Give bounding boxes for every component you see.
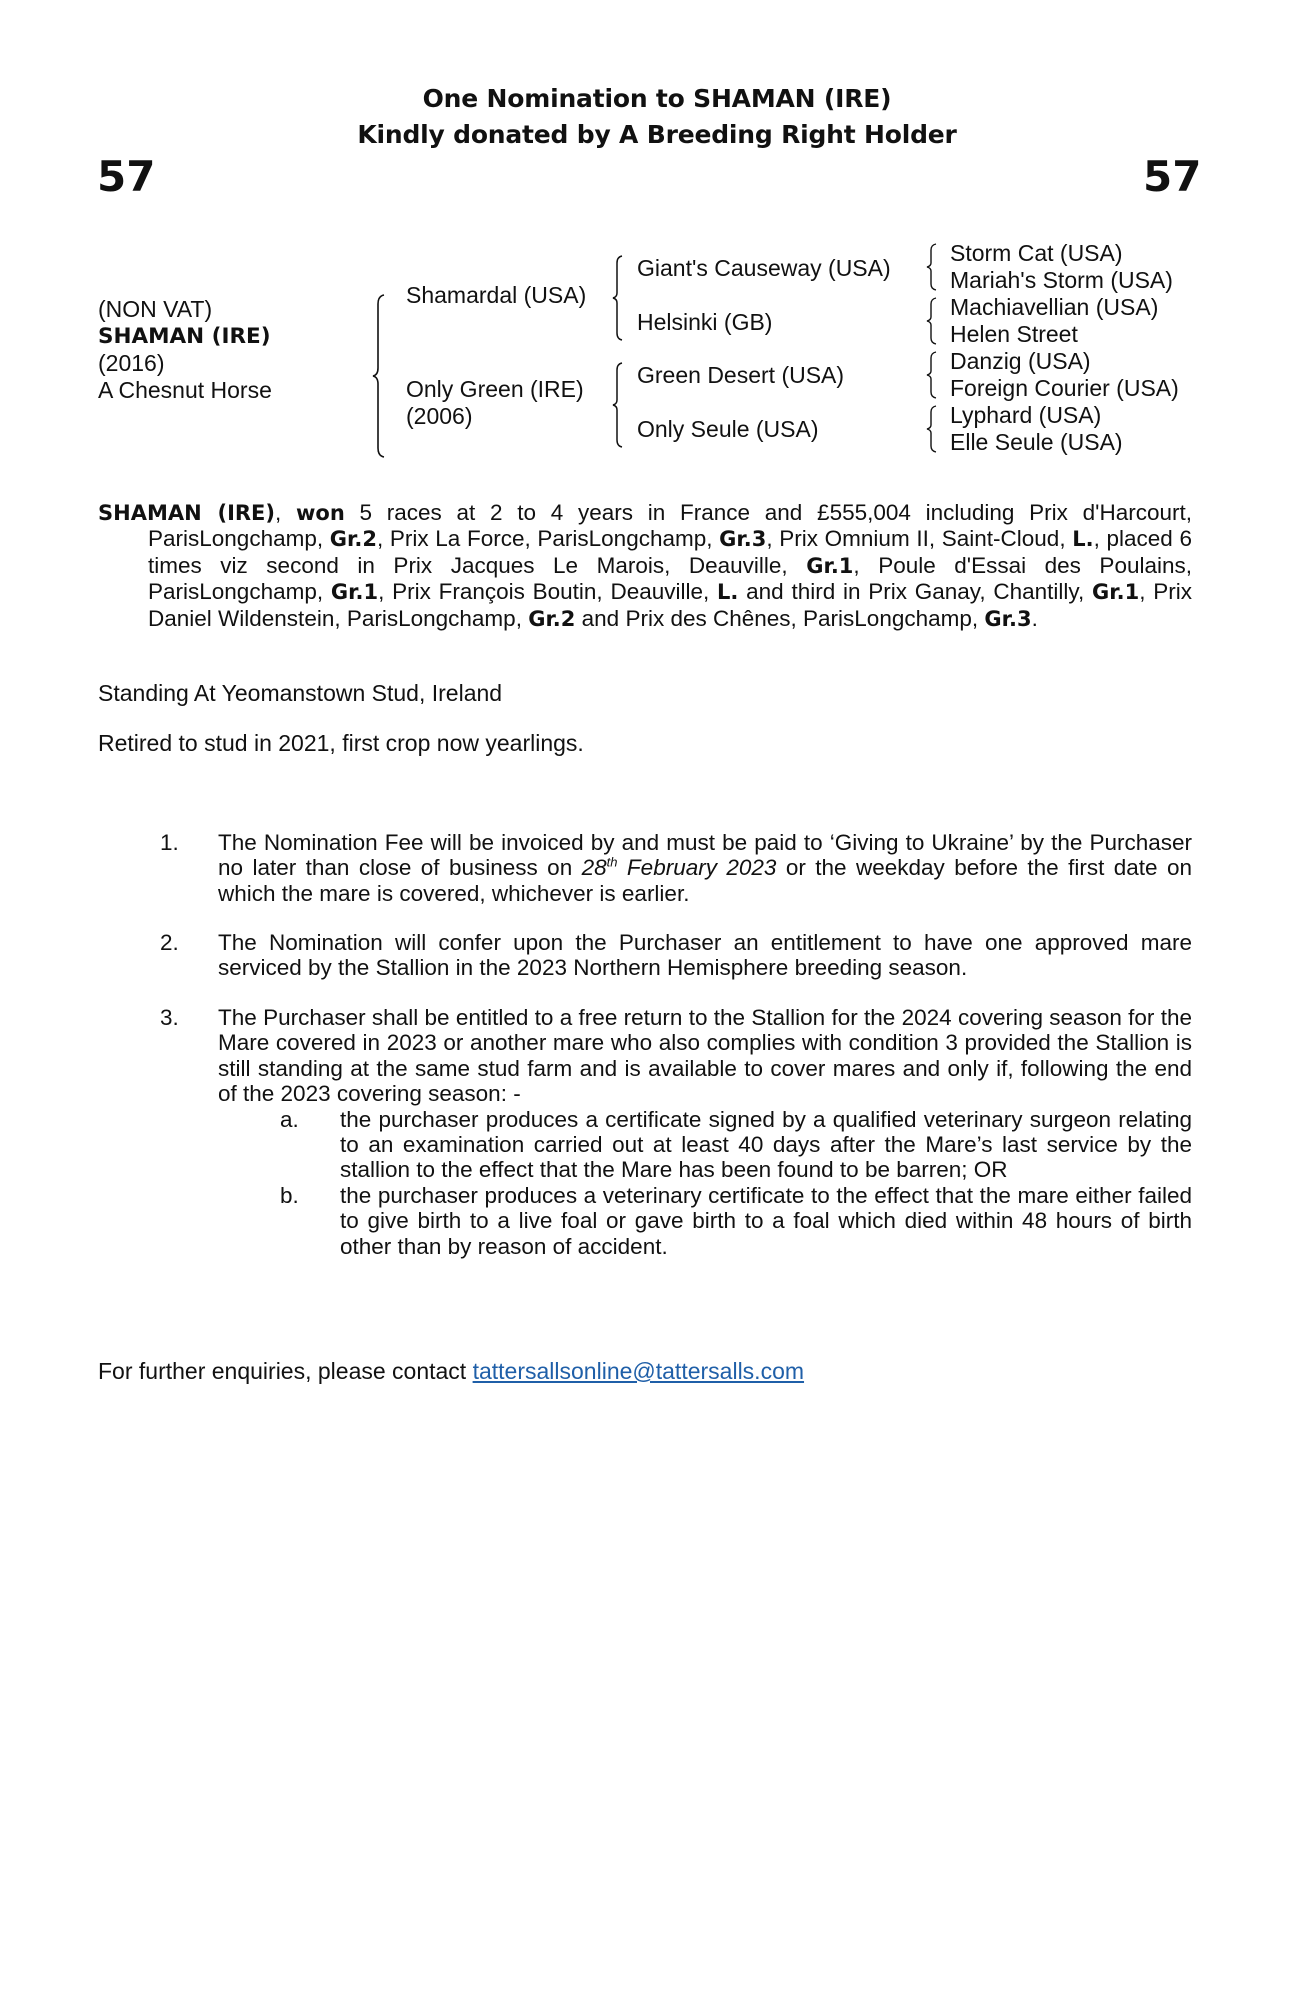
- brace-gen3-4: [926, 405, 938, 453]
- grade: Gr.2: [330, 527, 377, 551]
- contact-text: For further enquiries, please contact: [98, 1358, 473, 1384]
- date-suffix: th: [607, 855, 618, 870]
- grade: Gr.1: [1092, 580, 1139, 604]
- text: , Prix La Force, ParisLongchamp,: [377, 526, 719, 551]
- condition-number: 3.: [160, 1005, 179, 1030]
- condition-2: 2. The Nomination will confer upon the P…: [160, 930, 1192, 981]
- grade: Gr.2: [528, 607, 575, 631]
- text: , Prix Omnium II, Saint-Cloud,: [766, 526, 1072, 551]
- vat-status: (NON VAT): [98, 296, 272, 323]
- brace-gen3-1: [926, 243, 938, 291]
- title-line-1: One Nomination to SHAMAN (IRE): [0, 84, 1314, 113]
- gen3-ancestor: Elle Seule (USA): [950, 429, 1179, 456]
- gen3-ancestor: Lyphard (USA): [950, 402, 1179, 429]
- dam-name: Only Green (IRE): [406, 376, 584, 403]
- brace-sire: [612, 255, 624, 341]
- dam-dam: Only Seule (USA): [637, 416, 819, 443]
- grade: Gr.3: [984, 607, 1031, 631]
- contact-line: For further enquiries, please contact ta…: [98, 1358, 804, 1385]
- sire-sire: Giant's Causeway (USA): [637, 255, 891, 282]
- grade: Gr.1: [331, 580, 378, 604]
- brace-gen1: [372, 294, 386, 458]
- sub-letter: b.: [280, 1183, 299, 1208]
- gen3-ancestor: Danzig (USA): [950, 348, 1179, 375]
- retired-note: Retired to stud in 2021, first crop now …: [98, 730, 584, 757]
- condition-number: 1.: [160, 830, 179, 855]
- deadline-date: 28th February 2023: [582, 855, 777, 880]
- condition-text: The Purchaser shall be entitled to a fre…: [218, 1005, 1192, 1107]
- condition-3b: b. the purchaser produces a veterinary c…: [340, 1183, 1192, 1259]
- gen3-ancestor: Storm Cat (USA): [950, 240, 1179, 267]
- sub-letter: a.: [280, 1107, 299, 1132]
- gen3-ancestor: Machiavellian (USA): [950, 294, 1179, 321]
- condition-text: The Nomination Fee will be invoiced by a…: [218, 830, 1192, 906]
- condition-3: 3. The Purchaser shall be entitled to a …: [160, 1005, 1192, 1259]
- horse-info: (NON VAT) SHAMAN (IRE) (2016) A Chesnut …: [98, 296, 272, 404]
- race-record-won: won: [296, 501, 345, 525]
- race-record-horse-name: SHAMAN (IRE): [98, 501, 275, 525]
- grade: Gr.3: [719, 527, 766, 551]
- date-day: 28: [582, 855, 607, 880]
- text: ,: [275, 500, 296, 525]
- sub-text: the purchaser produces a certificate sig…: [340, 1107, 1192, 1183]
- race-record: SHAMAN (IRE), won 5 races at 2 to 4 year…: [98, 500, 1192, 632]
- lot-number-right: 57: [1143, 152, 1201, 201]
- contact-email-link[interactable]: tattersallsonline@tattersalls.com: [473, 1358, 804, 1384]
- condition-1: 1. The Nomination Fee will be invoiced b…: [160, 830, 1192, 906]
- grade: Gr.1: [806, 554, 853, 578]
- horse-year: (2016): [98, 350, 272, 377]
- text: .: [1032, 606, 1038, 631]
- condition-3a: a. the purchaser produces a certificate …: [340, 1107, 1192, 1183]
- horse-name: SHAMAN (IRE): [98, 323, 272, 350]
- brace-gen3-3: [926, 351, 938, 399]
- lot-number-left: 57: [97, 152, 155, 201]
- grade: L.: [717, 580, 738, 604]
- text: and third in Prix Ganay, Chantilly,: [738, 579, 1092, 604]
- date-rest: February 2023: [618, 855, 777, 880]
- text: , Prix François Boutin, Deauville,: [378, 579, 717, 604]
- grade: L.: [1072, 527, 1093, 551]
- text: and Prix des Chênes, ParisLongchamp,: [575, 606, 984, 631]
- condition-text: The Nomination will confer upon the Purc…: [218, 930, 1192, 981]
- gen3-ancestor: Mariah's Storm (USA): [950, 267, 1179, 294]
- sire-dam: Helsinki (GB): [637, 309, 772, 336]
- dam: Only Green (IRE) (2006): [406, 376, 584, 430]
- condition-number: 2.: [160, 930, 179, 955]
- dam-year: (2006): [406, 403, 584, 430]
- standing-at: Standing At Yeomanstown Stud, Ireland: [98, 680, 502, 707]
- dam-sire: Green Desert (USA): [637, 362, 844, 389]
- gen3-ancestor: Helen Street: [950, 321, 1179, 348]
- gen3-list: Storm Cat (USA) Mariah's Storm (USA) Mac…: [950, 240, 1179, 456]
- title-line-2: Kindly donated by A Breeding Right Holde…: [0, 120, 1314, 149]
- brace-dam: [612, 362, 624, 448]
- gen3-ancestor: Foreign Courier (USA): [950, 375, 1179, 402]
- sub-text: the purchaser produces a veterinary cert…: [340, 1183, 1192, 1259]
- horse-description: A Chesnut Horse: [98, 377, 272, 404]
- sire: Shamardal (USA): [406, 282, 586, 309]
- brace-gen3-2: [926, 297, 938, 345]
